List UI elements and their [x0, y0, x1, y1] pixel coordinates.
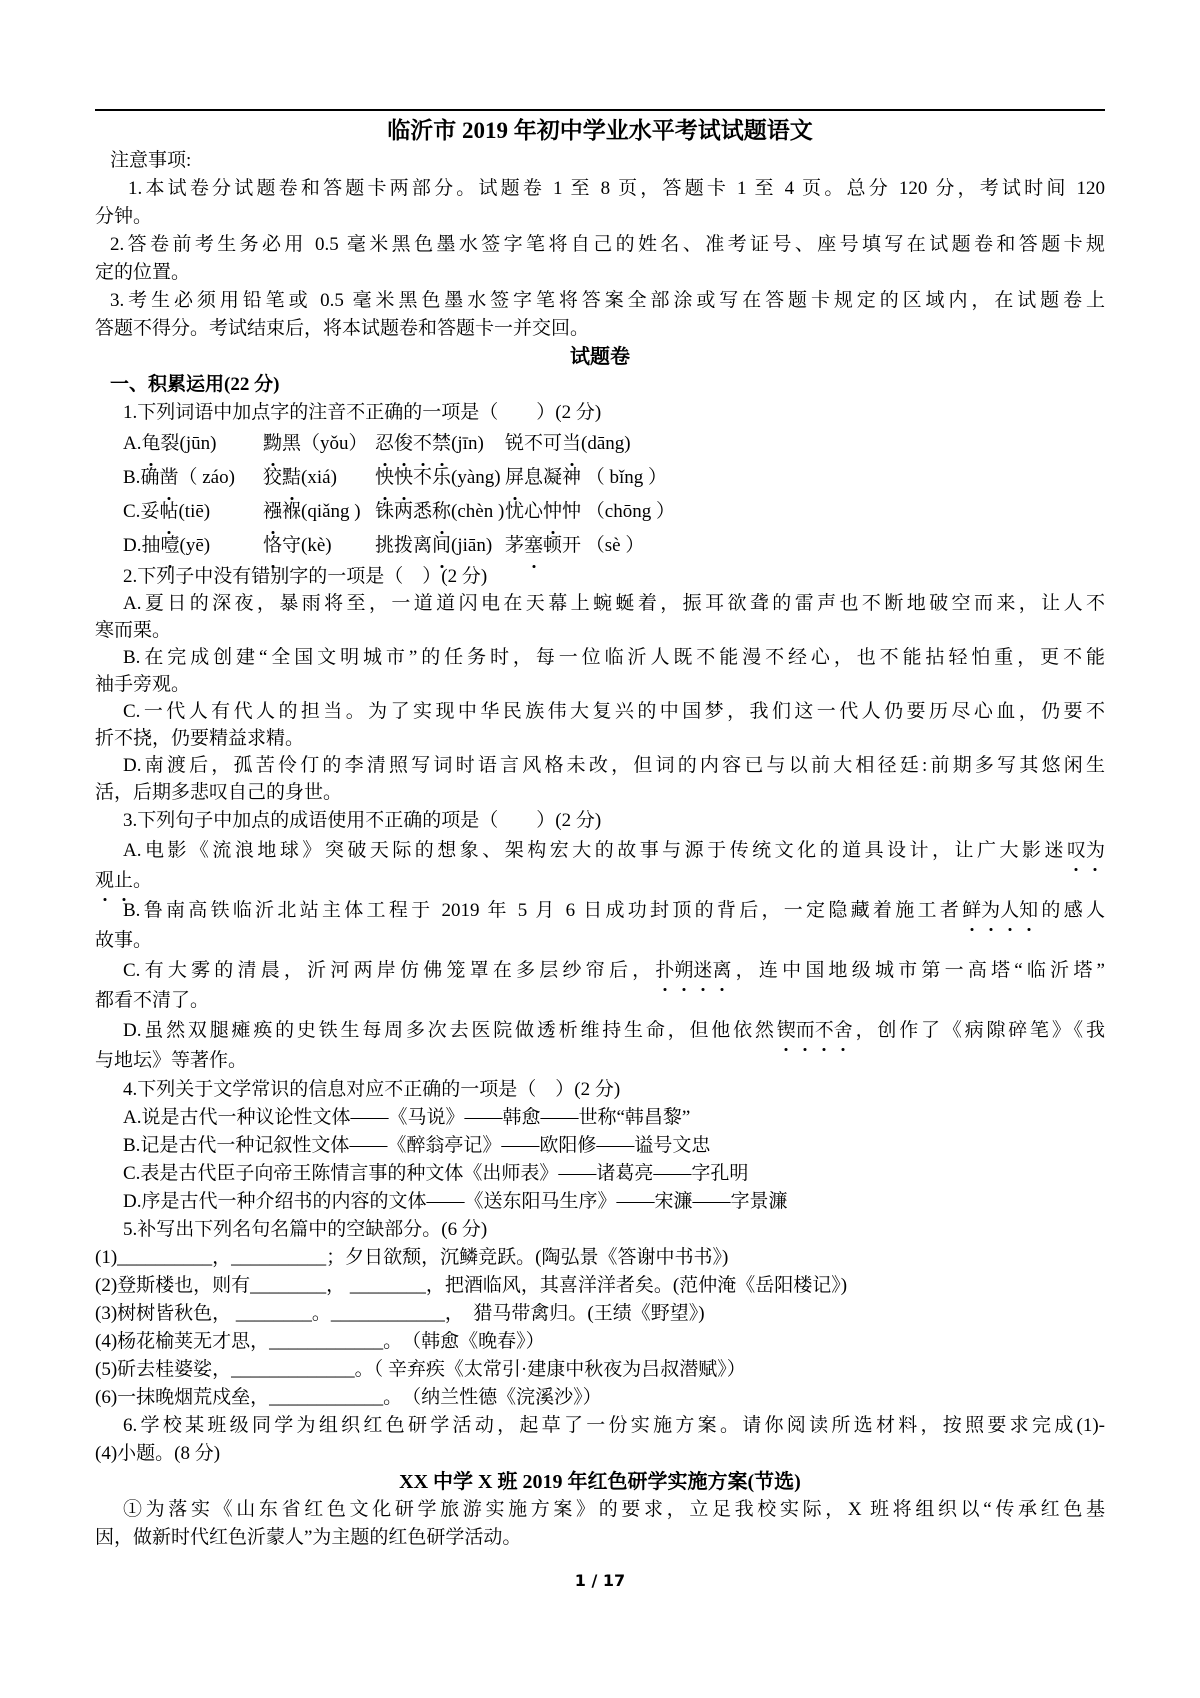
question-3: 3.下列句子中加点的成语使用不正确的项是（ ）(2 分): [95, 806, 1105, 836]
emphasized-char: 称: [432, 495, 451, 529]
q2-option-b: B.在完成创建“全国文明城市”的任务时，每一位临沂人既不能漫不经心，也不能拈轻怕…: [95, 644, 1105, 671]
q3-option-d: D.虽然双腿瘫痪的史铁生每周多次去医院做透析维持生命，但他依然锲而不舍，创作了《…: [95, 1016, 1105, 1046]
q4-option-c: C.表是古代臣子向帝王陈情言事的种文体《出师表》——诸葛亮——字孔明: [95, 1160, 1105, 1188]
pinyin-option-cell: 襁褓(qiǎng ): [263, 495, 375, 529]
pinyin-option-cell: 屏息凝神 （ bǐng ）: [505, 461, 1105, 495]
emphasized-char: 屏: [505, 461, 524, 495]
pinyin-option-cell: 狡黠(xiá): [263, 461, 375, 495]
question-1: 1.下列词语中加点字的注音不正确的一项是（ ）(2 分): [95, 399, 1105, 427]
paper-section-heading: 试题卷: [95, 343, 1105, 371]
question-6-cont: (4)小题。(8 分): [95, 1440, 1105, 1468]
pinyin-option-cell: 忍俊不禁(jīn): [375, 427, 505, 461]
notice-item-1: 1.本试卷分试题卷和答题卡两部分。试题卷 1 至 8 页，答题卡 1 至 4 页…: [95, 175, 1105, 203]
pinyin-option-cell: 挑拨离间(jiān): [375, 529, 505, 563]
q2-option-c-cont: 折不挠，仍要精益求精。: [95, 725, 1105, 752]
plan-title: XX 中学 X 班 2019 年红色研学实施方案(节选): [95, 1468, 1105, 1496]
question-4: 4.下列关于文学常识的信息对应不正确的一项是（ ）(2 分): [95, 1076, 1105, 1104]
header-rule: [95, 109, 1105, 111]
emphasized-char: 塞: [524, 529, 543, 563]
pinyin-option-cell: 恪守(kè): [263, 529, 375, 563]
q5-blank-3: (3)树树皆秋色， ________。____________， 猎马带禽归。(…: [95, 1300, 1105, 1328]
emphasized-char: 迷: [693, 956, 712, 986]
emphasized-char: 为: [1086, 836, 1105, 866]
notice-item-2: 2.答卷前考生务必用 0.5 毫米黑色墨水签字笔将自己的姓名、准考证号、座号填写…: [95, 231, 1105, 259]
notice-item-2-cont: 定的位置。: [95, 259, 1105, 287]
emphasized-char: 襁: [263, 495, 282, 529]
emphasized-char: 帖: [159, 495, 178, 529]
emphasized-char: 禁: [432, 427, 451, 461]
notice-item-3: 3.考生必须用铅笔或 0.5 毫米黑色墨水签字笔将答案全部涂或写在答题卡规定的区…: [95, 287, 1105, 315]
notice-heading: 注意事项:: [95, 147, 1105, 175]
notice-item-1-cont: 分钟。: [95, 203, 1105, 231]
emphasized-char: 怏: [394, 461, 413, 495]
pinyin-option-cell: 锐不可当(dāng): [505, 427, 1105, 461]
section-one-heading: 一、积累运用(22 分): [95, 371, 1105, 399]
exam-page: 临沂市 2019 年初中学业水平考试试题语文 注意事项:1.本试卷分试题卷和答题…: [0, 0, 1200, 1698]
emphasized-char: 观: [95, 866, 114, 896]
emphasized-char: 扑: [655, 956, 674, 986]
pinyin-option-cell: 铢两悉称(chèn ): [375, 495, 505, 529]
emphasized-char: 而: [796, 1016, 815, 1046]
plan-para-1: ①为落实《山东省红色文化研学旅游实施方案》的要求，立足我校实际，X 班将组织以“…: [95, 1496, 1105, 1524]
emphasized-char: 为: [981, 896, 1000, 926]
emphasized-char: 忍: [375, 427, 394, 461]
exam-title: 临沂市 2019 年初中学业水平考试试题语文: [0, 112, 1200, 145]
q1-option-a: A.龟裂(jūn)黝黑（yǒu）忍俊不禁(jīn)锐不可当(dāng): [95, 427, 1105, 461]
pinyin-option-cell: 黝黑（yǒu）: [263, 427, 375, 461]
emphasized-char: 不: [413, 427, 432, 461]
q2-option-d-cont: 活，后期多悲叹自己的身世。: [95, 779, 1105, 806]
emphasized-char: 鲜: [962, 896, 981, 926]
pinyin-option-cell: 茅塞顿开 （sè ）: [505, 529, 1105, 563]
notice-item-3-cont: 答题不得分。考试结束后，将本试题卷和答题卡一并交回。: [95, 315, 1105, 343]
emphasized-char: 锲: [777, 1016, 796, 1046]
pinyin-option-cell: D.抽噎(yē): [123, 529, 263, 563]
q3-option-c-cont: 都看不清了。: [95, 986, 1105, 1016]
emphasized-char: 间: [432, 529, 451, 563]
q3-option-a: A.电影《流浪地球》突破天际的想象、架构宏大的故事与源于传统文化的道具设计，让广…: [95, 836, 1105, 866]
q2-option-b-cont: 袖手旁观。: [95, 671, 1105, 698]
emphasized-char: 舍: [834, 1016, 853, 1046]
emphasized-char: 知: [1019, 896, 1038, 926]
pinyin-option-cell: C.妥帖(tiē): [123, 495, 263, 529]
emphasized-char: 恪: [263, 529, 282, 563]
emphasized-char: 不: [815, 1016, 834, 1046]
q5-blank-2: (2)登斯楼也，则有________， ________，把酒临风，其喜洋洋者矣…: [95, 1272, 1105, 1300]
question-2: 2.下列子中没有错别字的一项是（ ）(2 分): [95, 563, 1105, 590]
q3-option-c: C.有大雾的清晨，沂河两岸仿佛笼罩在多层纱帘后，扑朔迷离，连中国地级城市第一高塔…: [95, 956, 1105, 986]
q4-option-d: D.序是古代一种介绍书的内容的文体——《送东阳马生序》——宋濂——字景濂: [95, 1188, 1105, 1216]
emphasized-char: 朔: [674, 956, 693, 986]
question-6: 6.学校某班级同学为组织红色研学活动，起草了一份实施方案。请你阅读所选材料，按照…: [95, 1412, 1105, 1440]
q2-option-c: C.一代人有代人的担当。为了实现中华民族伟大复兴的中国梦，我们这一代人仍要历尽心…: [95, 698, 1105, 725]
emphasized-char: 怏: [375, 461, 394, 495]
q5-blank-6: (6)一抹晚烟荒戍垒，____________。 （纳兰性德《浣溪沙》）: [95, 1384, 1105, 1412]
emphasized-char: 龟: [141, 427, 160, 461]
q1-option-d: D.抽噎(yē)恪守(kè)挑拨离间(jiān)茅塞顿开 （sè ）: [95, 529, 1105, 563]
plan-para-1-cont: 因，做新时代红色沂蒙人”为主题的红色研学活动。: [95, 1524, 1105, 1552]
pinyin-option-cell: 怏怏不乐(yàng): [375, 461, 505, 495]
q3-option-b-cont: 故事。: [95, 926, 1105, 956]
q2-option-a-cont: 寒而栗。: [95, 617, 1105, 644]
exam-body: 注意事项:1.本试卷分试题卷和答题卡两部分。试题卷 1 至 8 页，答题卡 1 …: [95, 147, 1105, 1552]
q4-option-b: B.记是古代一种记叙性文体——《醉翁亭记》——欧阳修——谥号文忠: [95, 1132, 1105, 1160]
emphasized-char: 离: [712, 956, 731, 986]
emphasized-char: 叹: [1067, 836, 1086, 866]
q5-blank-5: (5)斫去桂婆娑，_____________。（ 辛弃疾《太常引·建康中秋夜为吕…: [95, 1356, 1105, 1384]
pinyin-option-cell: B.确凿（ záo): [123, 461, 263, 495]
q4-option-a: A.说是古代一种议论性文体——《马说》——韩愈——世称“韩昌黎”: [95, 1104, 1105, 1132]
q5-blank-4: (4)杨花榆荚无才思，____________。 （韩愈《晚春》）: [95, 1328, 1105, 1356]
emphasized-char: 忡: [543, 495, 562, 529]
q3-option-a-cont: 观止。: [95, 866, 1105, 896]
question-5: 5.补写出下列名句名篇中的空缺部分。(6 分): [95, 1216, 1105, 1244]
q3-option-d-cont: 与地坛》等著作。: [95, 1046, 1105, 1076]
q2-option-d: D.南渡后，孤苦伶仃的李清照写词时语言风格未改，但词的内容已与以前大相径廷:前期…: [95, 752, 1105, 779]
emphasized-char: 黝: [263, 427, 282, 461]
emphasized-char: 噎: [161, 529, 180, 563]
q2-option-a: A.夏日的深夜，暴雨将至，一道道闪电在天幕上蜿蜒着，振耳欲聋的雷声也不断地破空而…: [95, 590, 1105, 617]
pinyin-option-cell: A.龟裂(jūn): [123, 427, 263, 461]
q1-option-c: C.妥帖(tiē)襁褓(qiǎng )铢两悉称(chèn )忧心忡忡 （chōn…: [95, 495, 1105, 529]
pinyin-option-cell: 忧心忡忡 （chōng ）: [505, 495, 1105, 529]
emphasized-char: 当: [562, 427, 581, 461]
page-number: 1 / 17: [0, 1571, 1200, 1590]
emphasized-char: 凿: [159, 461, 178, 495]
q5-blank-1: (1)__________，__________；夕日欲颓，沉鳞竞跃。(陶弘景《…: [95, 1244, 1105, 1272]
emphasized-char: 人: [1000, 896, 1019, 926]
q3-option-b: B.鲁南高铁临沂北站主体工程于 2019 年 5 月 6 日成功封顶的背后，一定…: [95, 896, 1105, 926]
q1-option-b: B.确凿（ záo)狡黠(xiá)怏怏不乐(yàng)屏息凝神 （ bǐng ）: [95, 461, 1105, 495]
emphasized-char: 黠: [282, 461, 301, 495]
emphasized-char: 止: [114, 866, 133, 896]
emphasized-char: 俊: [394, 427, 413, 461]
